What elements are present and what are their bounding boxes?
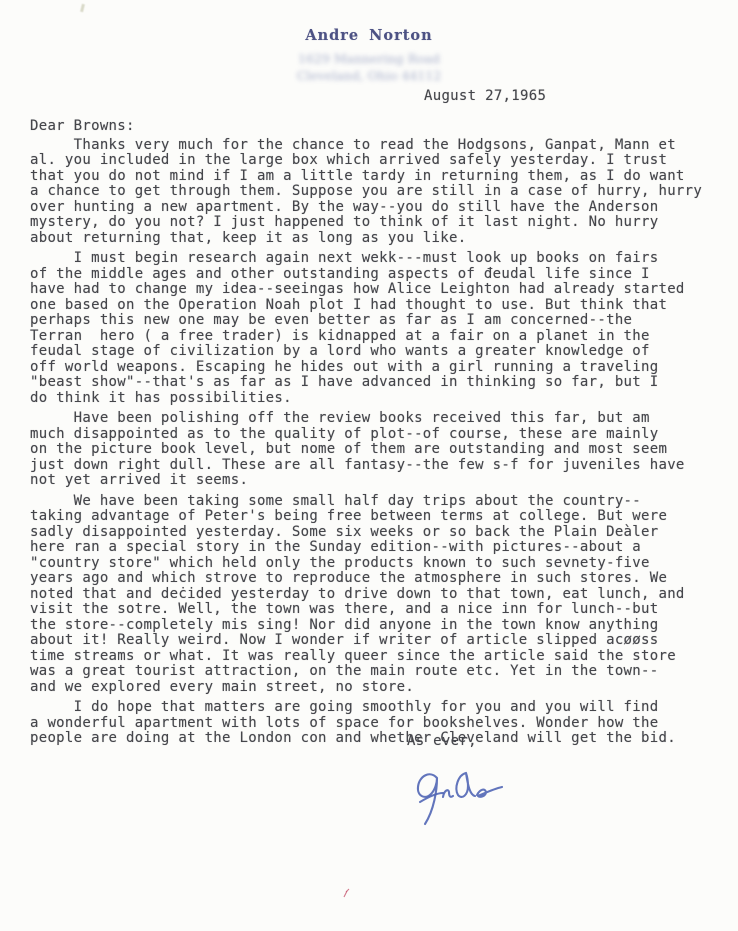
letter-page: Andre Norton 1629 Mannering Road Clevela… [0,0,738,931]
signature-andre-handwritten [410,766,520,836]
paragraph-1: Thanks very much for the chance to read … [30,138,730,247]
paragraph-5: I do hope that matters are going smoothl… [30,700,730,747]
letter-date: August 27,1965 [424,88,546,104]
closing-line: As ever, [407,733,477,749]
letterhead-address-line1-redacted: 1629 Mannering Road [0,50,738,67]
paragraph-3: Have been polishing off the review books… [30,411,730,489]
letter-body: Dear Browns: Thanks very much for the ch… [30,119,730,752]
paragraph-4: We have been taking some small half day … [30,494,730,696]
letterhead-address-line2-redacted: Cleveland, Ohio 44112 [0,67,738,84]
letterhead: Andre Norton 1629 Mannering Road Clevela… [0,0,738,84]
scan-artifact-red-mark [341,887,351,899]
salutation: Dear Browns: [30,119,730,135]
letterhead-name: Andre Norton [0,27,738,44]
paragraph-2: I must begin research again next wekk---… [30,251,730,406]
